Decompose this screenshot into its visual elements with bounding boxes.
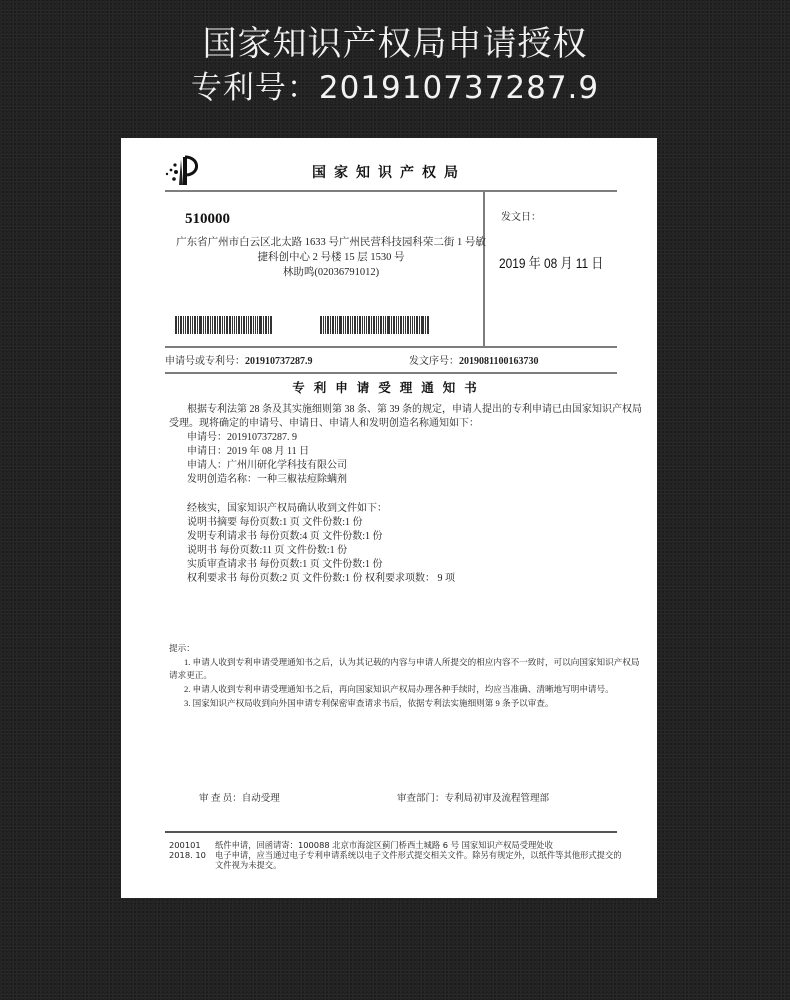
- barcode-bar: [246, 316, 247, 334]
- barcode-bar: [327, 316, 329, 334]
- field-label: 申请人：: [187, 460, 227, 471]
- barcode-bar: [238, 316, 240, 334]
- barcode-bar: [192, 316, 193, 334]
- barcode-bar: [241, 316, 242, 334]
- barcode-bar: [391, 316, 392, 334]
- barcode-bar: [387, 316, 390, 334]
- office-name: 国家知识产权局: [121, 162, 657, 182]
- field-invention-name: 发明创造名称：一种三椒祛痘除螨剂: [187, 473, 347, 487]
- intro-paragraph-line-1: 根据专利法第 28 条及其实施细则第 38 条、第 39 条的规定，申请人提出的…: [187, 403, 642, 417]
- address-line-1: 广东省广州市白云区北太路 1633 号广州民营科技园科荣二街 1 号敏: [171, 235, 491, 250]
- header-divider: [165, 190, 617, 192]
- examination-department: 审查部门：专利局初审及流程管理部: [397, 793, 549, 807]
- barcode-bar: [405, 316, 406, 334]
- serial-number-value: 2019081100163730: [459, 356, 538, 367]
- barcode-bar: [175, 316, 177, 334]
- recipient-contact: 林助鸣(02036791012): [171, 265, 491, 280]
- barcode-bar: [183, 316, 184, 334]
- field-application-number: 申请号：201910737287. 9: [187, 431, 297, 445]
- application-number-value: 201910737287.9: [245, 356, 313, 367]
- barcode-bar: [232, 316, 233, 334]
- barcode-bar: [371, 316, 372, 334]
- application-number-label: 申请号或专利号：: [165, 356, 245, 367]
- barcode-bar: [214, 316, 216, 334]
- barcode-bar: [265, 316, 267, 334]
- barcode-bar: [236, 316, 237, 334]
- field-applicant: 申请人：广州川研化学科技有限公司: [187, 459, 347, 473]
- barcode-bar: [335, 316, 336, 334]
- barcode-bar: [263, 316, 264, 334]
- patent-notice-document: 国家知识产权局 510000 广东省广州市白云区北太路 1633 号广州民营科技…: [121, 138, 657, 898]
- barcode-bar: [354, 316, 356, 334]
- tip-1-line-2: 请求更正。: [169, 669, 212, 683]
- examiner: 审 查 员：自动受理: [199, 793, 280, 807]
- barcode-bar: [199, 316, 202, 334]
- department-value: 专利局初审及流程管理部: [445, 794, 550, 804]
- footer-divider: [165, 831, 617, 833]
- barcode-bar: [393, 316, 395, 334]
- send-date-value: 2019 年 08 月 11 日: [499, 253, 603, 273]
- barcode-bar: [210, 316, 211, 334]
- barcode-bar: [359, 316, 361, 334]
- barcode-bar: [414, 316, 415, 334]
- field-label: 申请日：: [187, 446, 227, 457]
- barcode-bar: [323, 316, 324, 334]
- barcode-bar: [212, 316, 213, 334]
- barcode-bar: [243, 316, 245, 334]
- postcode: 510000: [185, 211, 230, 228]
- examiner-value: 自动受理: [242, 794, 280, 804]
- received-file-item: 发明专利请求书 每份页数:4 页 文件份数:1 份: [187, 530, 383, 544]
- barcode-bar: [226, 316, 228, 334]
- examiner-label: 审 查 员：: [199, 794, 242, 804]
- application-number: 申请号或专利号：201910737287.9: [165, 352, 313, 367]
- barcode-bar: [385, 316, 386, 334]
- barcode-bar: [364, 316, 365, 334]
- notice-title: 专利申请受理通知书: [121, 378, 657, 396]
- barcode-bar: [320, 316, 322, 334]
- barcode-bar: [248, 316, 249, 334]
- tip-3: 3. 国家知识产权局收到向外国申请专利保密审查请求书后，依据专利法实施细则第 9…: [184, 697, 554, 711]
- barcode-bar: [380, 316, 382, 334]
- barcode-bar: [412, 316, 413, 334]
- form-code: 200101: [169, 840, 201, 851]
- barcode-bar: [378, 316, 379, 334]
- received-file-item: 权利要求书 每份页数:2 页 文件份数:1 份 权利要求项数： 9 项: [187, 572, 455, 586]
- barcode-bar: [403, 316, 404, 334]
- barcode-bar: [350, 316, 351, 334]
- field-value: 广州川研化学科技有限公司: [227, 460, 347, 471]
- barcode-bar: [425, 316, 426, 334]
- barcode-bar: [366, 316, 367, 334]
- barcode-bar: [185, 316, 186, 334]
- barcode-bar: [207, 316, 209, 334]
- serial-number: 发文序号：2019081100163730: [409, 352, 538, 367]
- department-label: 审查部门：: [397, 794, 445, 804]
- barcode-bar: [410, 316, 411, 334]
- barcode-bar: [419, 316, 420, 334]
- barcode-bar: [224, 316, 225, 334]
- barcode-bar: [234, 316, 235, 334]
- barcode-bar: [376, 316, 377, 334]
- barcode-bar: [270, 316, 272, 334]
- barcode-bar: [427, 316, 429, 334]
- footer-line-2: 电子申请，应当通过电子专利申请系统以电子文件形式提交相关文件。除另有规定外，以纸…: [215, 850, 622, 861]
- barcode-bar: [330, 316, 331, 334]
- barcode-bar: [187, 316, 189, 334]
- send-date-label: 发文日：: [501, 208, 541, 223]
- footer-line-3: 文件视为未提交。: [215, 860, 281, 871]
- barcode-bar: [400, 316, 402, 334]
- field-label: 申请号：: [187, 432, 227, 443]
- address-line-2: 捷科创中心 2 号楼 15 层 1530 号: [171, 250, 491, 265]
- banner-title: 国家知识产权局申请授权: [0, 22, 790, 66]
- barcode-bar: [421, 316, 424, 334]
- barcode-bar: [362, 316, 363, 334]
- barcode-bar: [253, 316, 254, 334]
- barcode-bar: [398, 316, 399, 334]
- tips-heading: 提示：: [169, 642, 195, 656]
- barcode-address: [175, 316, 273, 334]
- barcode-bar: [197, 316, 198, 334]
- barcode-bar: [352, 316, 353, 334]
- barcode-bar: [416, 316, 418, 334]
- tip-2: 2. 申请人收到专利申请受理通知书之后，再向国家知识产权局办理各种手续时，均应当…: [184, 683, 614, 697]
- barcode-bar: [257, 316, 258, 334]
- barcode-bar: [180, 316, 182, 334]
- barcode-divider: [165, 346, 617, 348]
- barcode-bar: [217, 316, 218, 334]
- banner-patent-number: 专利号：201910737287.9: [0, 66, 790, 110]
- barcode-bar: [259, 316, 262, 334]
- barcode-bar: [203, 316, 204, 334]
- barcode-bar: [250, 316, 252, 334]
- barcode-bar: [343, 316, 344, 334]
- received-file-item: 实质审查请求书 每份页数:1 页 文件份数:1 份: [187, 558, 383, 572]
- barcode-bar: [205, 316, 206, 334]
- barcode-bar: [407, 316, 409, 334]
- barcode-bar: [345, 316, 346, 334]
- intro-paragraph-line-2: 受理。现将确定的申请号、申请日、申请人和发明创造名称通知如下：: [169, 417, 479, 431]
- barcode-bar: [339, 316, 342, 334]
- barcode-bar: [219, 316, 221, 334]
- barcode-bar: [178, 316, 179, 334]
- barcode-bar: [383, 316, 384, 334]
- meta-divider: [165, 372, 617, 374]
- barcode-bar: [190, 316, 191, 334]
- barcode-application: [320, 316, 430, 334]
- footer-line-1: 纸件申请，回函请寄：100088 北京市海淀区蓟门桥西土城路 6 号 国家知识产…: [215, 840, 553, 851]
- field-label: 发明创造名称：: [187, 474, 257, 485]
- received-file-item: 说明书摘要 每份页数:1 页 文件份数:1 份: [187, 516, 363, 530]
- form-version: 2018. 10: [169, 850, 206, 861]
- barcode-bar: [368, 316, 370, 334]
- field-value: 2019 年 08 月 11 日: [227, 446, 309, 457]
- barcode-bar: [357, 316, 358, 334]
- serial-number-label: 发文序号：: [409, 356, 459, 367]
- barcode-bar: [229, 316, 231, 334]
- received-file-item: 说明书 每份页数:11 页 文件份数:1 份: [187, 544, 347, 558]
- barcode-bar: [373, 316, 375, 334]
- field-value: 201910737287. 9: [227, 432, 297, 443]
- barcode-bar: [337, 316, 338, 334]
- barcode-bar: [396, 316, 397, 334]
- barcode-bar: [222, 316, 223, 334]
- barcode-bar: [194, 316, 196, 334]
- barcode-bar: [347, 316, 349, 334]
- barcode-bar: [325, 316, 326, 334]
- tip-1-line-1: 1. 申请人收到专利申请受理通知书之后，认为其记载的内容与申请人所提交的相应内容…: [184, 656, 639, 670]
- field-value: 一种三椒祛痘除螨剂: [257, 474, 347, 485]
- barcode-bar: [332, 316, 334, 334]
- field-application-date: 申请日：2019 年 08 月 11 日: [187, 445, 309, 459]
- barcode-bar: [255, 316, 256, 334]
- received-intro: 经核实，国家知识产权局确认收到文件如下：: [187, 502, 387, 516]
- barcode-bar: [268, 316, 269, 334]
